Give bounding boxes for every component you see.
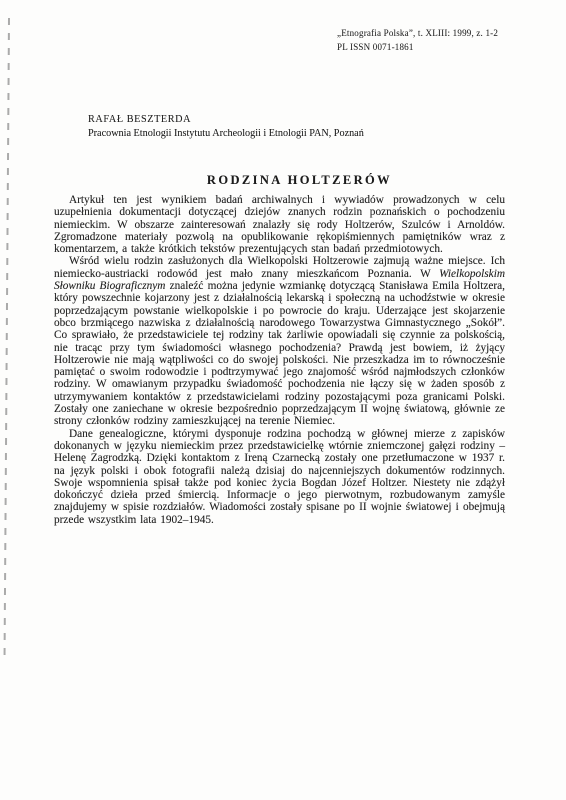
body-paragraph: Artykuł ten jest wynikiem badań archiwal… [54, 194, 505, 255]
text-run: Artykuł ten jest wynikiem badań archiwal… [54, 194, 505, 255]
author-name: RAFAŁ BESZTERDA [88, 113, 364, 127]
article-body: Artykuł ten jest wynikiem badań archiwal… [54, 194, 505, 526]
body-paragraph: Wśród wielu rodzin zasłużonych dla Wielk… [54, 255, 505, 427]
text-run: znaleźć można jedynie wzmiankę dotyczącą… [54, 280, 505, 427]
article-title: RODZINA HOLTZERÓW [74, 173, 525, 188]
author-block: RAFAŁ BESZTERDA Pracownia Etnologii Inst… [88, 113, 364, 141]
scanned-journal-page: „Etnografia Polska”, t. XLIII: 1999, z. … [0, 0, 566, 800]
left-margin-fold-mark [4, 18, 10, 658]
text-run: Wśród wielu rodzin zasłużonych dla Wielk… [54, 255, 505, 279]
body-paragraph: Dane genealogiczne, którymi dysponuje ro… [54, 428, 505, 526]
journal-citation: „Etnografia Polska”, t. XLIII: 1999, z. … [337, 26, 498, 40]
author-affiliation: Pracownia Etnologii Instytutu Archeologi… [88, 127, 364, 141]
journal-issn: PL ISSN 0071-1861 [337, 40, 498, 54]
journal-header: „Etnografia Polska”, t. XLIII: 1999, z. … [337, 26, 498, 54]
text-run: Dane genealogiczne, którymi dysponuje ro… [54, 428, 505, 526]
